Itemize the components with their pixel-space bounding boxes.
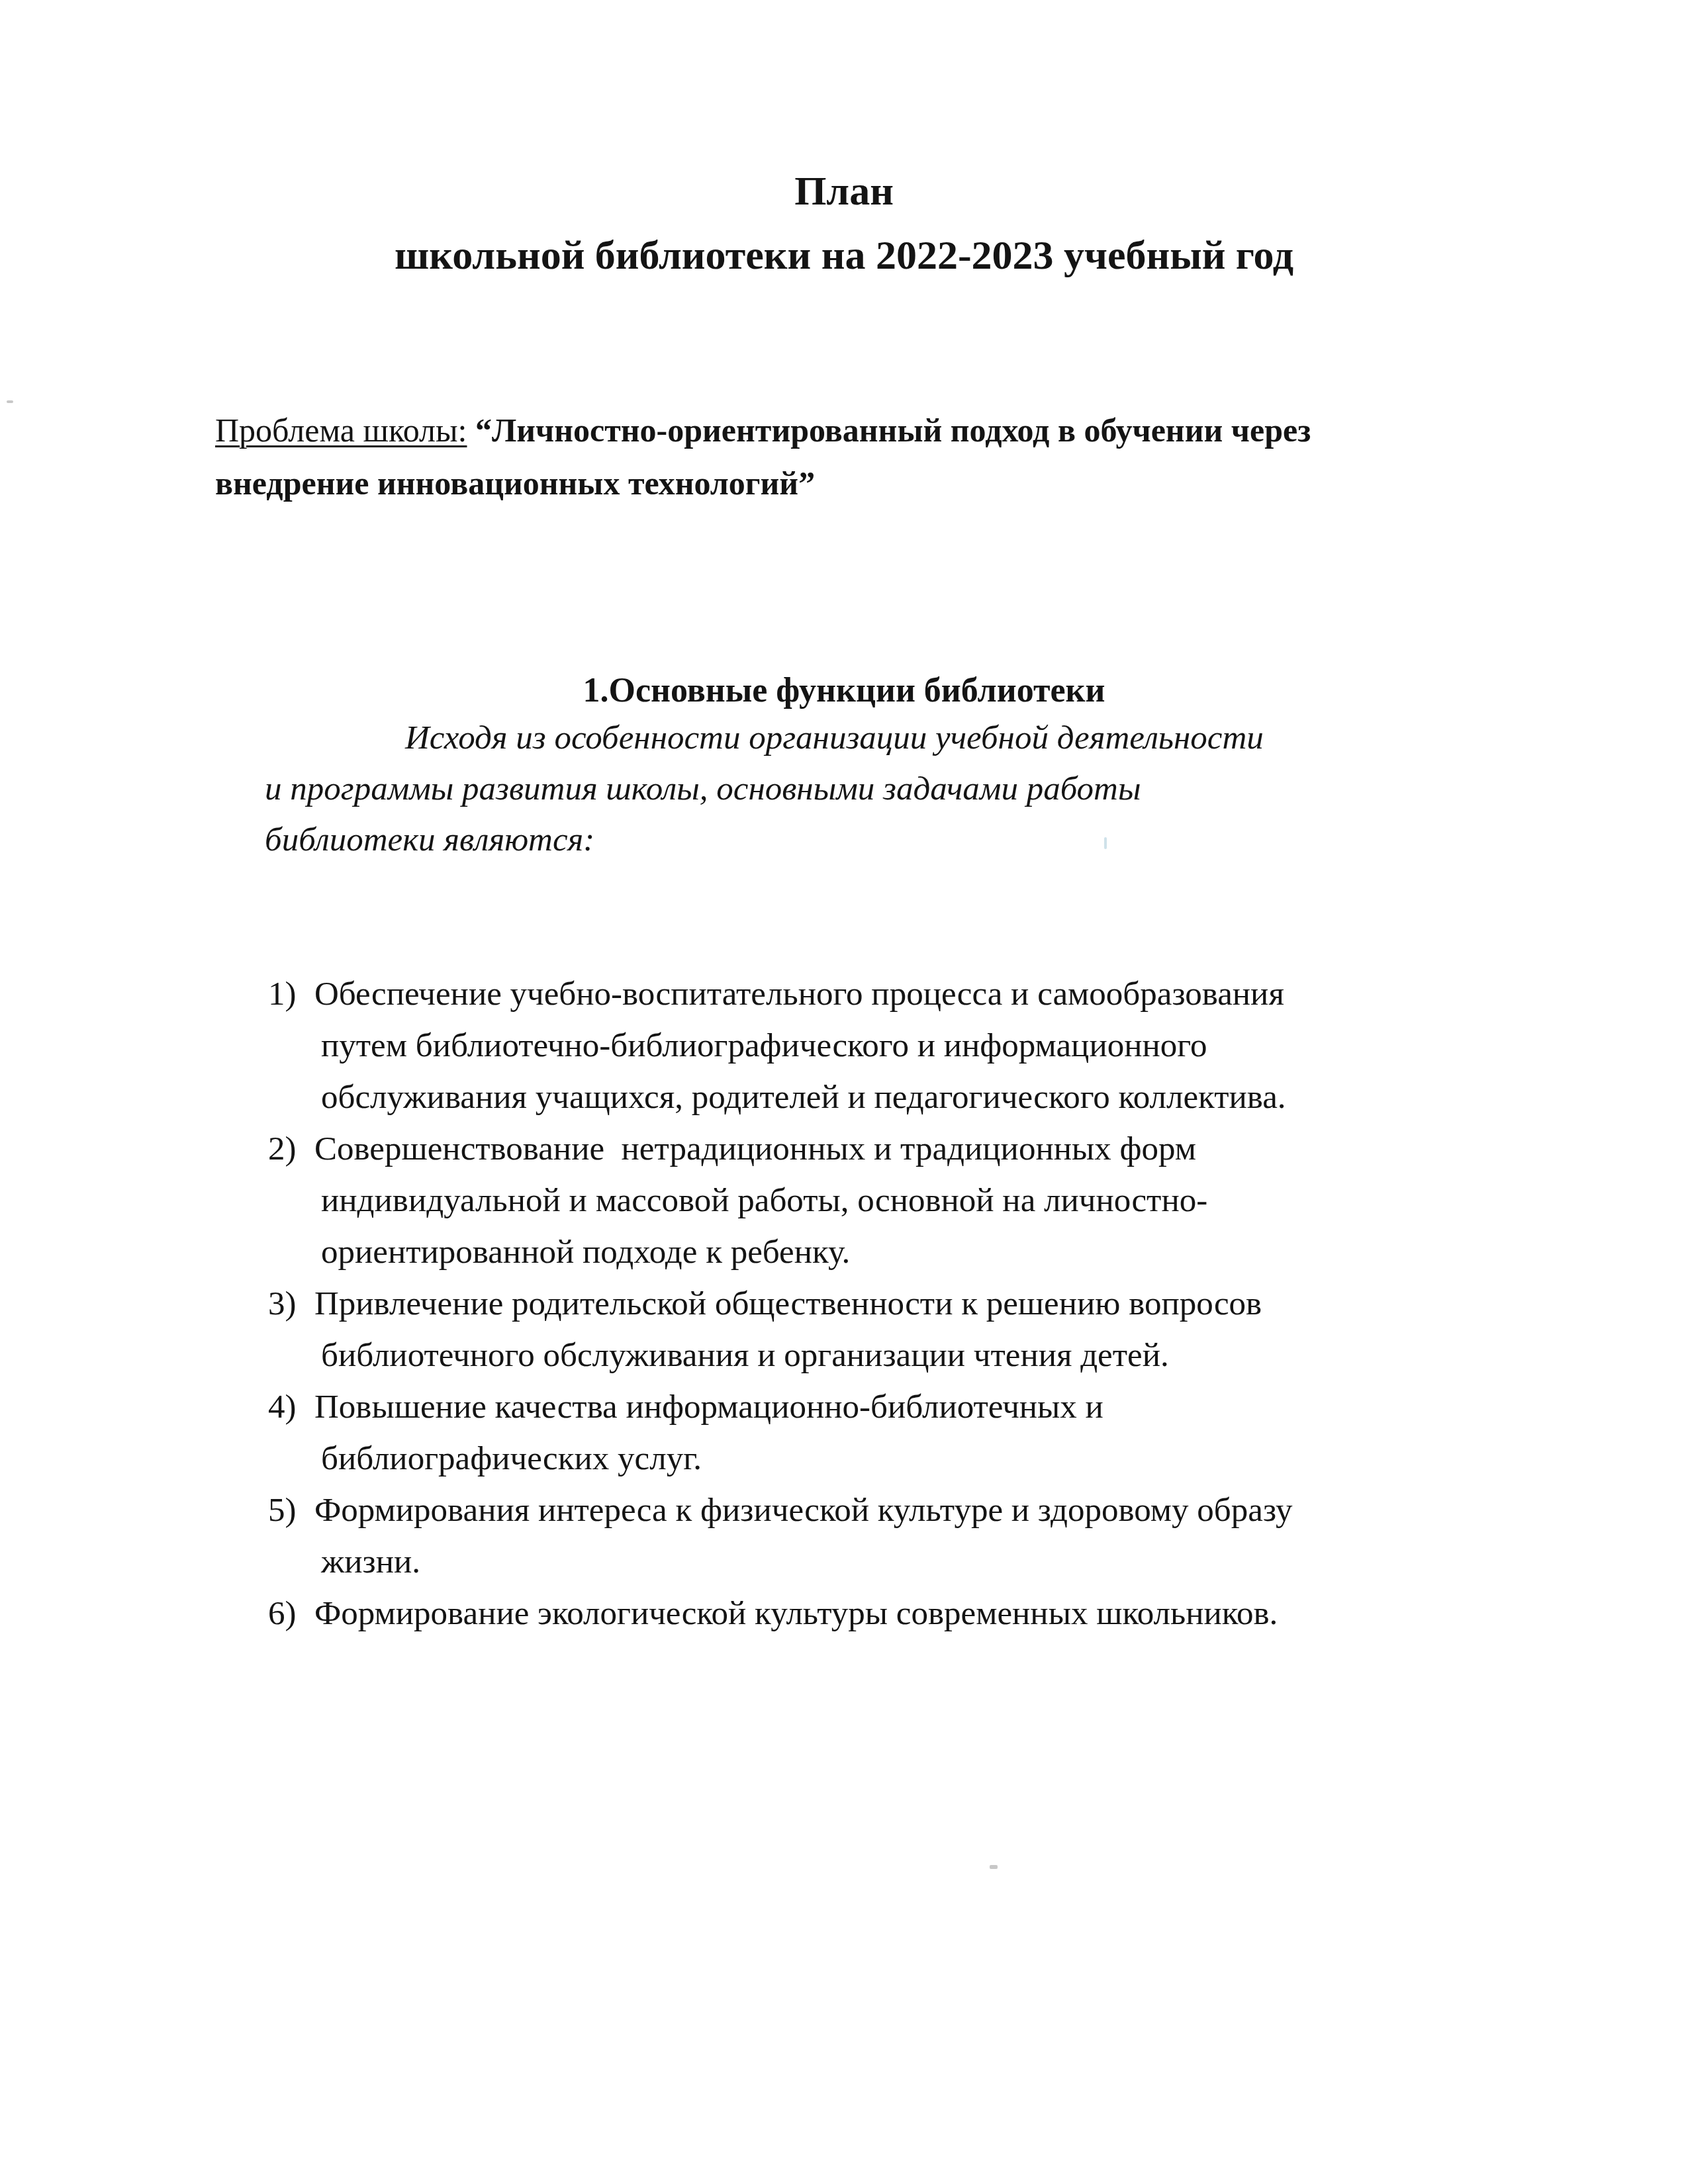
list-item-text: Обеспечение учебно-воспитательного проце… (314, 976, 1284, 1013)
document-subtitle: школьной библиотеки на 2022-2023 учебный… (0, 235, 1688, 276)
school-problem-continuation: внедрение инновационных технологий” (215, 467, 815, 500)
list-item-continuation: жизни. (321, 1545, 420, 1579)
document-page: План школьной библиотеки на 2022-2023 уч… (0, 0, 1688, 2184)
list-item-continuation: индивидуальной и массовой работы, основн… (321, 1184, 1207, 1218)
document-title: План (0, 171, 1688, 212)
list-item-number: 1) (268, 978, 314, 1011)
section-intro-line: и программы развития школы, основными за… (265, 772, 1141, 806)
section-heading: 1.Основные функции библиотеки (0, 674, 1688, 708)
list-item-continuation: библиотечного обслуживания и организации… (321, 1339, 1169, 1373)
list-item: 4)Повышение качества информационно-библи… (268, 1390, 1103, 1424)
scan-speck (7, 400, 13, 403)
list-item-text: Повышение качества информационно-библиот… (314, 1388, 1103, 1426)
list-item-text: Совершенствование нетрадиционных и тради… (314, 1130, 1196, 1167)
list-item-text: Формирование экологической культуры совр… (314, 1595, 1278, 1632)
list-item-continuation: путем библиотечно-библиографического и и… (321, 1029, 1207, 1063)
scan-speck (1104, 837, 1107, 849)
list-item-text: Привлечение родительской общественности … (314, 1285, 1262, 1322)
school-problem: Проблема школы: “Личностно-ориентированн… (215, 414, 1311, 447)
list-item: 3)Привлечение родительской общественност… (268, 1287, 1262, 1321)
list-item-number: 5) (268, 1494, 314, 1527)
scan-speck (990, 1865, 998, 1869)
list-item-number: 6) (268, 1597, 314, 1631)
list-item: 5)Формирования интереса к физической кул… (268, 1494, 1292, 1527)
list-item-number: 3) (268, 1287, 314, 1321)
list-item-number: 2) (268, 1132, 314, 1166)
section-intro-line: библиотеки являются: (265, 823, 594, 857)
school-problem-value-line2: внедрение инновационных технологий” (215, 465, 815, 502)
list-item-continuation: ориентированной подходе к ребенку. (321, 1236, 850, 1269)
list-item: 1)Обеспечение учебно-воспитательного про… (268, 978, 1284, 1011)
list-item: 6)Формирование экологической культуры со… (268, 1597, 1278, 1631)
section-intro-line: Исходя из особенности организации учебно… (405, 721, 1264, 755)
list-item-text: Формирования интереса к физической культ… (314, 1492, 1292, 1529)
list-item-number: 4) (268, 1390, 314, 1424)
list-item-continuation: библиографических услуг. (321, 1442, 702, 1476)
list-item-continuation: обслуживания учащихся, родителей и педаг… (321, 1081, 1286, 1115)
school-problem-label: Проблема школы: (215, 412, 467, 449)
school-problem-value-line1: “Личностно-ориентированный подход в обуч… (475, 412, 1311, 449)
list-item: 2)Совершенствование нетрадиционных и тра… (268, 1132, 1196, 1166)
